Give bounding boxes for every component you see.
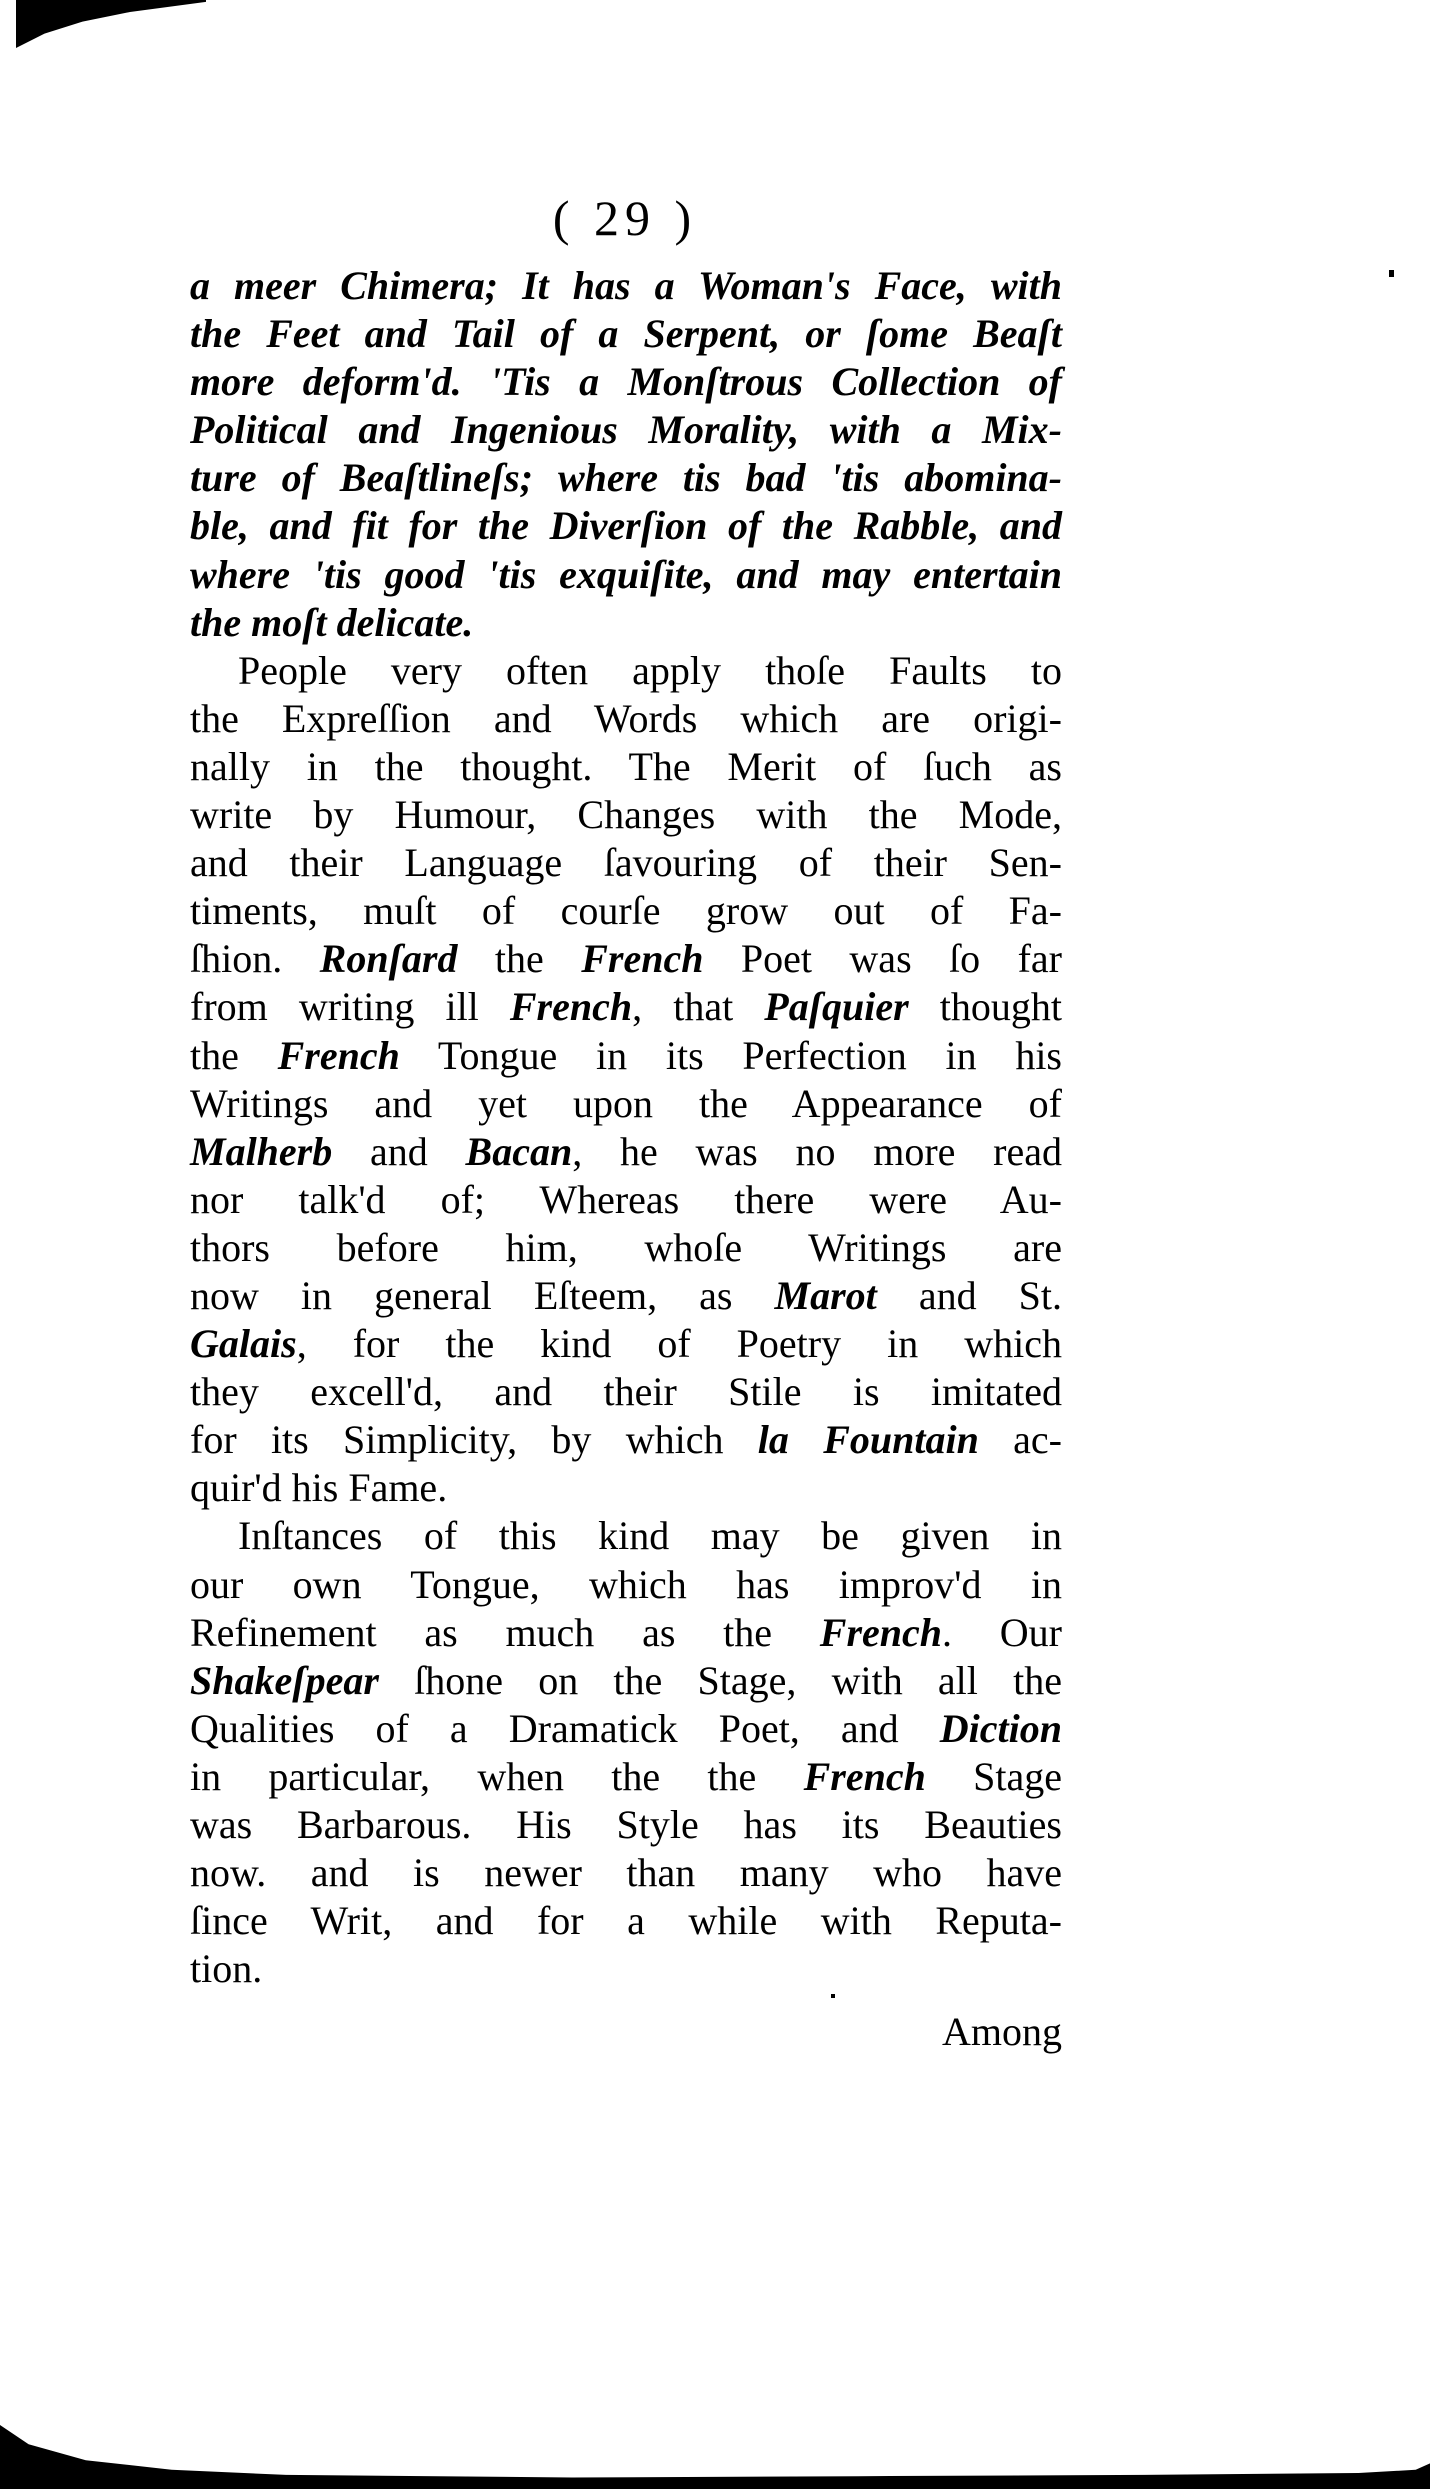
text-run: quir'd his Fame.	[190, 1465, 447, 1510]
text-line: People very often apply thoſe Faults to	[190, 647, 1062, 695]
text-run: ſince Writ, and for a while with Reputa-	[190, 1898, 1062, 1943]
text-line: ſince Writ, and for a while with Reputa-	[190, 1897, 1062, 1945]
text-line: from writing ill French, that Paſquier t…	[190, 983, 1062, 1031]
text-line: Shakeſpear ſhone on the Stage, with all …	[190, 1657, 1062, 1705]
text-run: Poet was ſo far	[703, 936, 1062, 981]
text-line: ſhion. Ronſard the French Poet was ſo fa…	[190, 935, 1062, 983]
italic-name: Paſquier	[764, 984, 908, 1029]
text-line: ture of Beaſtlineſs; where tis bad 'tis …	[190, 454, 1062, 502]
text-line: the Feet and Tail of a Serpent, or ſome …	[190, 310, 1062, 358]
scan-edge-shadow-top	[16, 0, 206, 48]
italic-name: Diction	[940, 1706, 1062, 1751]
text-line: our own Tongue, which has improv'd in	[190, 1561, 1062, 1609]
text-line: now. and is newer than many who have	[190, 1849, 1062, 1897]
text-line: timents, muſt of courſe grow out of Fa-	[190, 887, 1062, 935]
text-line: write by Humour, Changes with the Mode,	[190, 791, 1062, 839]
text-run: they excell'd, and their Stile is imitat…	[190, 1369, 1062, 1414]
italic-name: Ronſard	[320, 936, 458, 981]
text-line: ble, and fit for the Diverſion of the Ra…	[190, 502, 1062, 550]
text-line: quir'd his Fame.	[190, 1464, 1062, 1512]
text-line: Writings and yet upon the Appearance of	[190, 1080, 1062, 1128]
text-line: nally in the thought. The Merit of ſuch …	[190, 743, 1062, 791]
scan-speck	[831, 1994, 835, 1998]
text-run: thought	[909, 984, 1062, 1029]
text-run: ſhone on the Stage, with all the	[379, 1658, 1062, 1703]
text-run: nor talk'd of; Whereas there were Au-	[190, 1177, 1062, 1222]
text-line: in particular, when the the French Stage	[190, 1753, 1062, 1801]
text-line: Qualities of a Dramatick Poet, and Dicti…	[190, 1705, 1062, 1753]
text-line: Refinement as much as the French. Our	[190, 1609, 1062, 1657]
text-run: the Expreſſion and Words which are origi…	[190, 696, 1062, 741]
paragraph-1: People very often apply thoſe Faults tot…	[190, 647, 1062, 1513]
page-body: a meer Chimera; It has a Woman's Face, w…	[190, 262, 1062, 1993]
text-run: Refinement as much as the	[190, 1610, 820, 1655]
text-run: Inſtances of this kind may be given in	[238, 1513, 1062, 1558]
text-run: , for the kind of Poetry in which	[297, 1321, 1062, 1366]
scan-speck	[1389, 270, 1394, 277]
text-run: now in general Eſteem, as	[190, 1273, 775, 1318]
text-run: our own Tongue, which has improv'd in	[190, 1562, 1062, 1607]
italic-name: Bacan	[466, 1129, 573, 1174]
text-run: nally in the thought. The Merit of ſuch …	[190, 744, 1062, 789]
catchword: Among	[942, 2008, 1062, 2056]
text-line: Galais, for the kind of Poetry in which	[190, 1320, 1062, 1368]
text-line: nor talk'd of; Whereas there were Au-	[190, 1176, 1062, 1224]
scan-edge-shadow-bottom	[0, 2425, 1430, 2489]
text-line: the moſt delicate.	[190, 599, 1062, 647]
italic-name: French	[510, 984, 632, 1029]
text-run: write by Humour, Changes with the Mode,	[190, 792, 1062, 837]
text-run: People very often apply thoſe Faults to	[238, 648, 1062, 693]
text-line: thors before him, whoſe Writings are	[190, 1224, 1062, 1272]
italic-name: French	[278, 1033, 400, 1078]
text-line: now in general Eſteem, as Marot and St.	[190, 1272, 1062, 1320]
paragraph-2: Inſtances of this kind may be given inou…	[190, 1512, 1062, 1993]
text-run: Tongue in its Perfection in his	[400, 1033, 1062, 1078]
text-run: . Our	[942, 1610, 1062, 1655]
italic-name: French	[820, 1610, 942, 1655]
italic-name: Shakeſpear	[190, 1658, 379, 1703]
italic-name: la Fountain	[758, 1417, 979, 1462]
text-run: for its Simplicity, by which	[190, 1417, 758, 1462]
text-run: and their Language ſavouring of their Se…	[190, 840, 1062, 885]
text-run: ac-	[979, 1417, 1062, 1462]
text-line: the French Tongue in its Perfection in h…	[190, 1032, 1062, 1080]
italic-name: French	[581, 936, 703, 981]
text-line: for its Simplicity, by which la Fountain…	[190, 1416, 1062, 1464]
text-line: where 'tis good 'tis exquiſite, and may …	[190, 551, 1062, 599]
text-run: now. and is newer than many who have	[190, 1850, 1062, 1895]
text-run: thors before him, whoſe Writings are	[190, 1225, 1062, 1270]
page-number: ( 29 )	[540, 188, 710, 248]
text-run: and St.	[877, 1273, 1062, 1318]
italic-name: Malherb	[190, 1129, 332, 1174]
text-line: Political and Ingenious Morality, with a…	[190, 406, 1062, 454]
text-run: timents, muſt of courſe grow out of Fa-	[190, 888, 1062, 933]
text-line: the Expreſſion and Words which are origi…	[190, 695, 1062, 743]
text-line: they excell'd, and their Stile is imitat…	[190, 1368, 1062, 1416]
text-run: the	[190, 1033, 278, 1078]
text-line: Malherb and Bacan, he was no more read	[190, 1128, 1062, 1176]
text-run: the	[457, 936, 581, 981]
text-run: , that	[632, 984, 764, 1029]
text-run: was Barbarous. His Style has its Beautie…	[190, 1802, 1062, 1847]
text-run: tion.	[190, 1946, 262, 1991]
text-line: tion.	[190, 1945, 1062, 1993]
text-line: more deform'd. 'Tis a Monſtrous Collecti…	[190, 358, 1062, 406]
text-line: Inſtances of this kind may be given in	[190, 1512, 1062, 1560]
text-run: , he was no more read	[572, 1129, 1062, 1174]
text-run: Writings and yet upon the Appearance of	[190, 1081, 1062, 1126]
italic-name: French	[804, 1754, 926, 1799]
text-run: ſhion.	[190, 936, 320, 981]
text-run: and	[332, 1129, 465, 1174]
text-run: in particular, when the the	[190, 1754, 804, 1799]
text-run: from writing ill	[190, 984, 510, 1029]
italic-name: Marot	[775, 1273, 877, 1318]
text-line: and their Language ſavouring of their Se…	[190, 839, 1062, 887]
text-line: a meer Chimera; It has a Woman's Face, w…	[190, 262, 1062, 310]
text-run: Qualities of a Dramatick Poet, and	[190, 1706, 940, 1751]
italic-name: Galais	[190, 1321, 297, 1366]
italic-quotation: a meer Chimera; It has a Woman's Face, w…	[190, 262, 1062, 647]
text-line: was Barbarous. His Style has its Beautie…	[190, 1801, 1062, 1849]
text-run: Stage	[926, 1754, 1062, 1799]
